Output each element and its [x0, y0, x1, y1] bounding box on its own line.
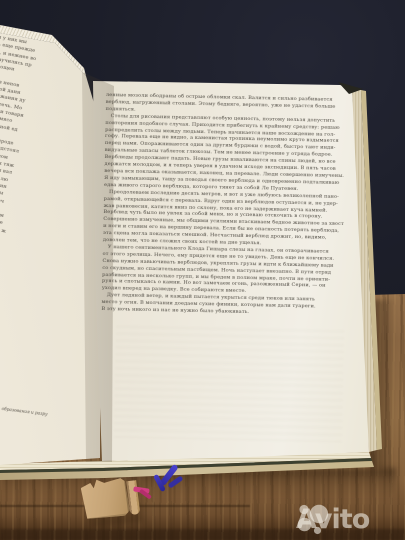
paper-bookmark — [79, 465, 165, 526]
watermark: Avito — [296, 501, 402, 537]
right-page-text: ленные мозоли ободраны об острые обломки… — [101, 92, 352, 329]
watermark-text: Avito — [296, 506, 369, 533]
show-through-text — [114, 326, 344, 443]
bookmark-body — [80, 475, 131, 520]
book-photo: то отошли у них мы научились еще прежде … — [0, 0, 405, 540]
